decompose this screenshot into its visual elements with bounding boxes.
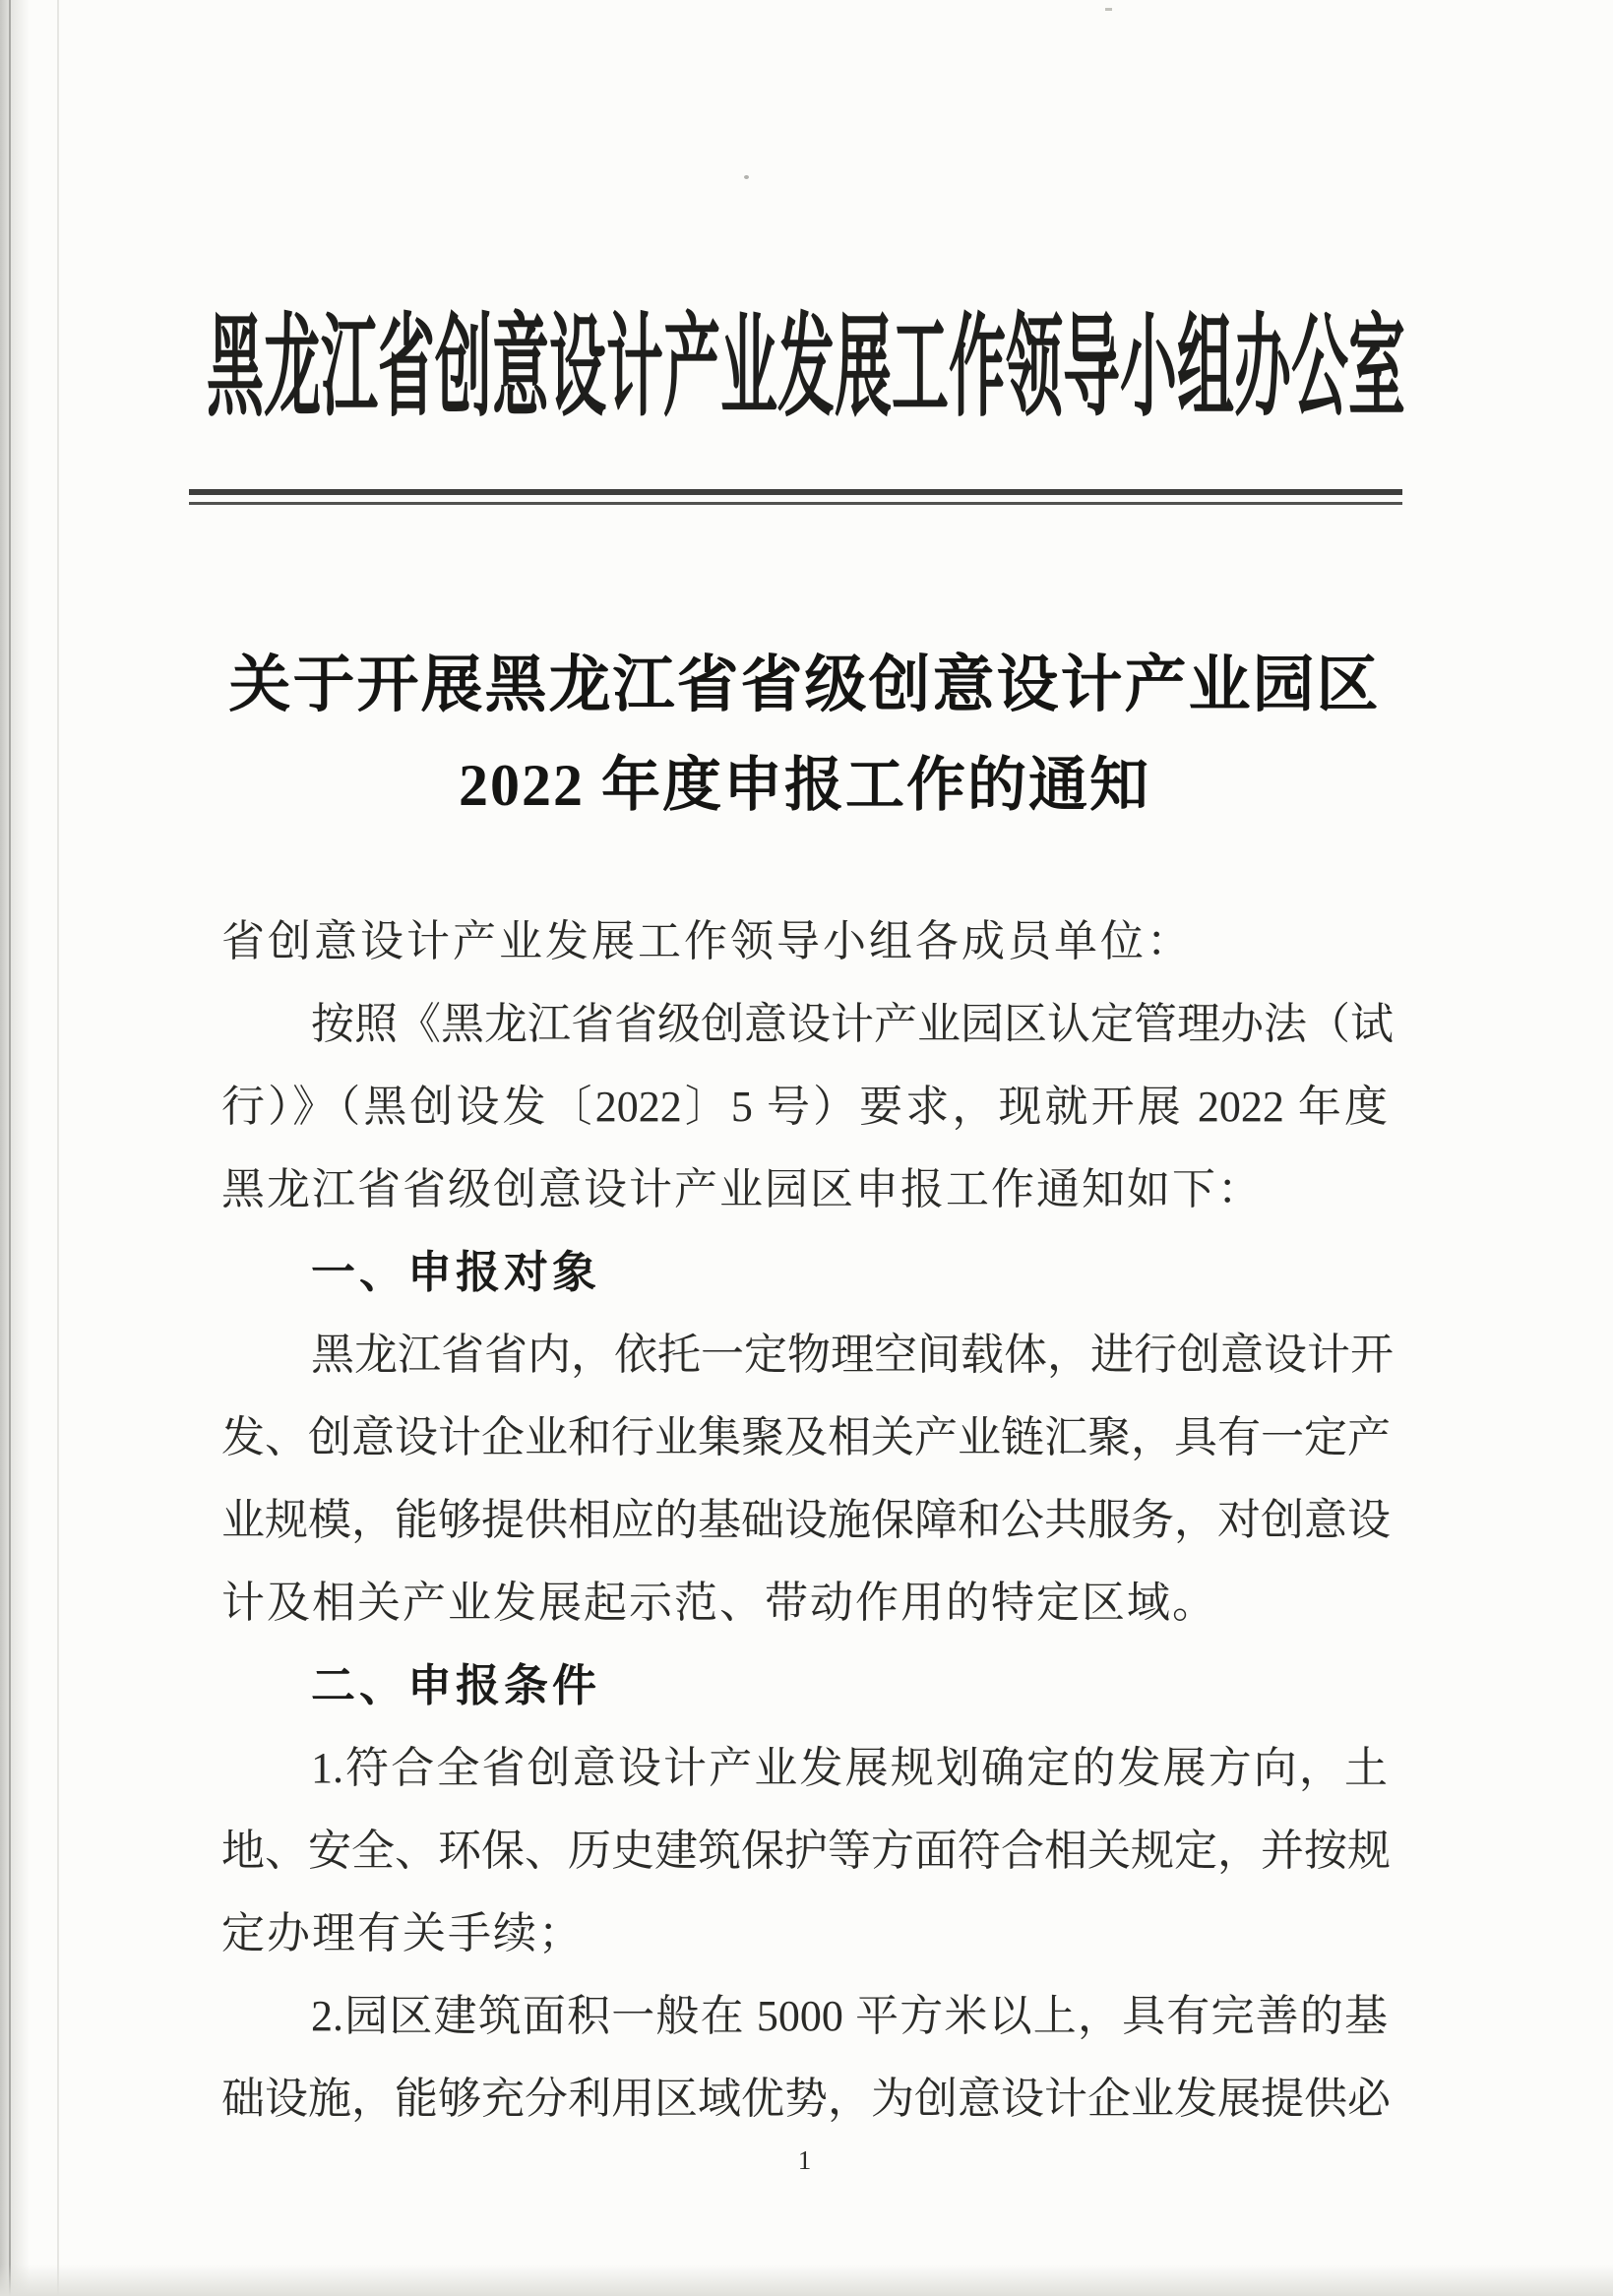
letterhead-banner: 黑龙江省创意设计产业发展工作领导小组办公室: [207, 313, 1412, 429]
body-line: 黑龙江省省内，依托一定物理空间载体，进行创意设计开: [221, 1314, 1388, 1396]
section-heading-1: 一、申报对象: [221, 1231, 1388, 1314]
body-line: 黑龙江省省级创意设计产业园区申报工作通知如下：: [221, 1148, 1388, 1231]
body-line: 业规模，能够提供相应的基础设施保障和公共服务，对创意设: [221, 1479, 1388, 1562]
body-line: 发、创意设计企业和行业集聚及相关产业链汇聚，具有一定产: [221, 1396, 1388, 1479]
letterhead-title: 黑龙江省创意设计产业发展工作领导小组办公室: [207, 313, 1405, 425]
body-line: 按照《黑龙江省省级创意设计产业园区认定管理办法（试: [221, 983, 1388, 1066]
document-title-line1: 关于开展黑龙江省省级创意设计产业园区: [221, 635, 1388, 724]
scan-paper-crease-line: [57, 0, 59, 2296]
scan-left-edge-shadow: [0, 0, 30, 2296]
scan-bottom-edge-shadow: [0, 2265, 1613, 2296]
document-body: 省创意设计产业发展工作领导小组各成员单位： 按照《黑龙江省省级创意设计产业园区认…: [221, 900, 1388, 2141]
body-line: 1.符合全省创意设计产业发展规划确定的发展方向，土: [221, 1727, 1388, 1810]
letterhead-rule-thick: [189, 489, 1402, 495]
body-line: 地、安全、环保、历史建筑保护等方面符合相关规定，并按规: [221, 1810, 1388, 1893]
document-title-line2: 2022 年度申报工作的通知: [221, 738, 1388, 823]
body-line: 计及相关产业发展起示范、带动作用的特定区域。: [221, 1562, 1388, 1644]
body-line: 础设施，能够充分利用区域优势，为创意设计企业发展提供必: [221, 2058, 1388, 2141]
letterhead-rule-thin: [189, 502, 1402, 505]
section-heading-2: 二、申报条件: [221, 1644, 1388, 1727]
body-line: 2.园区建筑面积一般在 5000 平方米以上，具有完善的基: [221, 1975, 1388, 2058]
body-line: 行）》（黑创设发〔2022〕5 号）要求，现就开展 2022 年度: [221, 1066, 1388, 1148]
body-line: 定办理有关手续；: [221, 1893, 1388, 1975]
scanned-document-page: 黑龙江省创意设计产业发展工作领导小组办公室 关于开展黑龙江省省级创意设计产业园区…: [0, 0, 1613, 2296]
page-number: 1: [221, 2145, 1388, 2176]
scan-speck: [744, 175, 749, 179]
scan-left-edge-line: [9, 0, 11, 2296]
salutation-line: 省创意设计产业发展工作领导小组各成员单位：: [221, 900, 1388, 983]
scan-speck: [1105, 8, 1112, 11]
